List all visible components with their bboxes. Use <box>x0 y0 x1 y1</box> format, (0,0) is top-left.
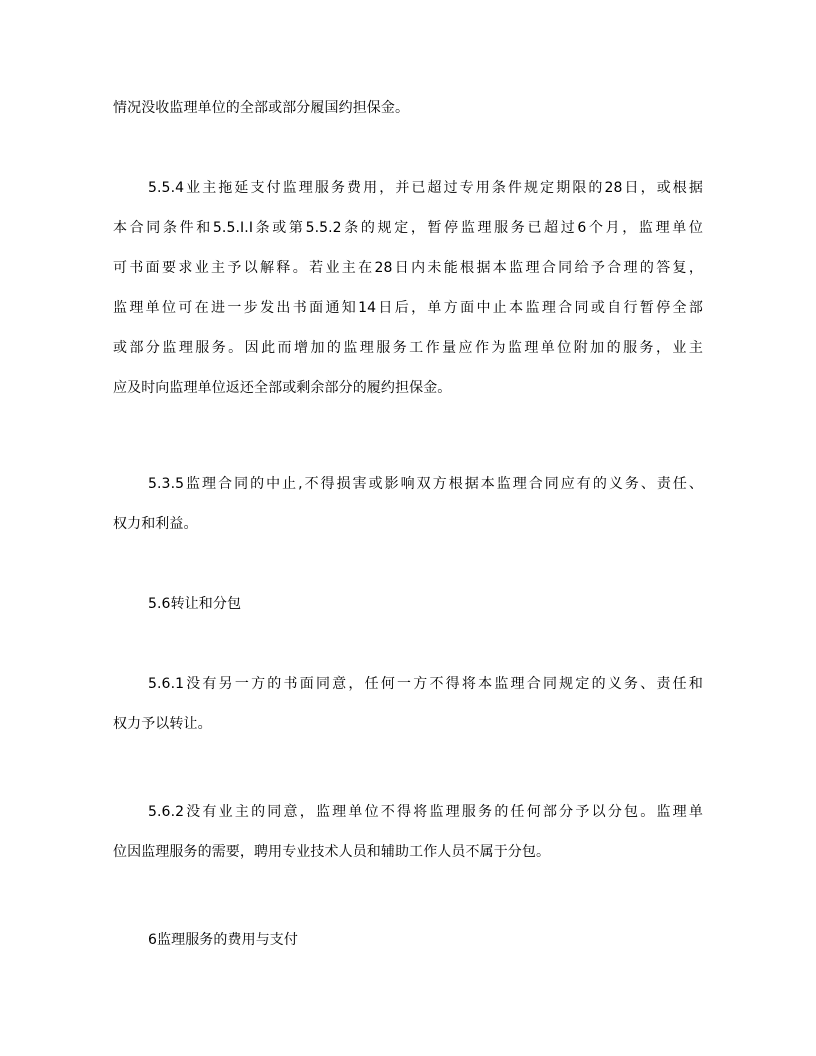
paragraph-line: 5.5.4业主拖延支付监理服务费用，并已超过专用条件规定期限的28日，或根据 <box>148 178 703 198</box>
paragraph-line: 权力和利益。 <box>113 514 703 534</box>
section-heading: 6监理服务的费用与支付 <box>148 930 703 950</box>
paragraph-line: 情况没收监理单位的全部或部分履国约担保金。 <box>113 98 703 118</box>
paragraph-line: 权力予以转让。 <box>113 714 703 734</box>
paragraph-line: 5.6.2没有业主的同意，监理单位不得将监理服务的任何部分予以分包。监理单 <box>148 802 703 822</box>
paragraph-line: 应及时向监理单位返还全部或剩余部分的履约担保金。 <box>113 378 703 398</box>
document-page: 情况没收监理单位的全部或部分履国约担保金。 5.5.4业主拖延支付监理服务费用，… <box>0 0 816 1056</box>
paragraph-line: 5.6.1没有另一方的书面同意，任何一方不得将本监理合同规定的义务、责任和 <box>148 674 703 694</box>
paragraph-line: 可书面要求业主予以解释。若业主在28日内未能根据本监理合同给予合理的答复， <box>113 258 703 278</box>
paragraph-line: 位因监理服务的需要，聘用专业技术人员和辅助工作人员不属于分包。 <box>113 842 703 862</box>
section-heading: 5.6转让和分包 <box>148 594 703 614</box>
paragraph-line: 监理单位可在进一步发出书面通知14日后，单方面中止本监理合同或自行暂停全部 <box>113 298 703 318</box>
paragraph-line: 5.3.5监理合同的中止,不得损害或影响双方根据本监理合同应有的义务、责任、 <box>148 474 703 494</box>
paragraph-line: 或部分监理服务。因此而增加的监理服务工作量应作为监理单位附加的服务，业主 <box>113 338 703 358</box>
paragraph-line: 本合同条件和5.5.I.I条或第5.5.2条的规定，暂停监理服务已超过6个月，监… <box>113 218 703 238</box>
